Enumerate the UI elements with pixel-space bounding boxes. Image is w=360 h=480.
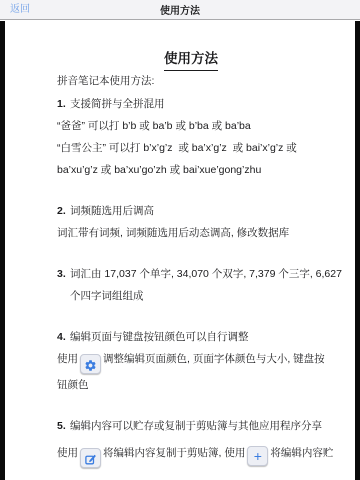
section-2: 2. 词频随选用后调高 词汇带有词频, 词频随选用后动态调高, 修改数据库	[57, 200, 317, 244]
item-heading-line: 个四字词组组成	[70, 285, 317, 307]
list-item-4: 4. 编辑页面与键盘按钮颜色可以自行调整	[57, 326, 317, 348]
item-number: 5.	[57, 415, 66, 437]
item-number: 3.	[57, 263, 66, 285]
text-before-icon: 使用	[57, 353, 78, 365]
body-line-with-icons: 使用将编辑内容复制于剪贴簿, 使用+将编辑内容贮	[57, 442, 317, 468]
app-screen: 返回 使用方法 使用方法 拼音笔记本使用方法: 1. 支援简拼与全拼混用 “爸爸…	[0, 0, 360, 480]
body-line: 钮颜色	[57, 374, 317, 396]
list-item-2: 2. 词频随选用后调高	[57, 200, 317, 222]
section-1: 1. 支援简拼与全拼混用 “爸爸” 可以打 b’b 或 ba’b 或 b’ba …	[57, 93, 317, 181]
item-heading-line: 词汇由 17,037 个单字, 34,070 个双字, 7,379 个三字, 6…	[70, 263, 317, 285]
item-number: 2.	[57, 200, 66, 222]
document-viewer[interactable]: 使用方法 拼音笔记本使用方法: 1. 支援简拼与全拼混用 “爸爸” 可以打 b’…	[0, 21, 360, 480]
text-after-icon: 将编辑内容贮	[270, 447, 333, 459]
document-page: 使用方法 拼音笔记本使用方法: 1. 支援简拼与全拼混用 “爸爸” 可以打 b’…	[5, 21, 355, 480]
document-title-wrap: 使用方法	[57, 48, 325, 70]
add-button[interactable]: +	[247, 446, 268, 466]
settings-button[interactable]	[80, 354, 101, 374]
list-item-1: 1. 支援简拼与全拼混用	[57, 93, 317, 115]
text-between-icons: 将编辑内容复制于剪贴簿, 使用	[103, 447, 245, 459]
pinyin-example-line: ba’xu’g’z 或 ba’xu’go’zh 或 bai’xue’gong’z…	[57, 159, 317, 181]
gear-icon	[84, 358, 97, 370]
back-button[interactable]: 返回	[10, 0, 30, 20]
body-line: 词汇带有词频, 词频随选用后动态调高, 修改数据库	[57, 222, 317, 244]
copy-button[interactable]	[80, 448, 101, 468]
item-heading: 编辑内容可以贮存或复制于剪贴簿与其他应用程序分享	[70, 420, 322, 432]
text-after-icon: 调整编辑页面颜色, 页面字体颜色与大小, 键盘按	[103, 353, 325, 365]
pinyin-example-line: “白雪公主” 可以打 b’x’g’z 或 ba’x’g’z 或 bai’x’g’…	[57, 137, 317, 159]
compose-icon	[84, 452, 97, 464]
pinyin-example-line: “爸爸” 可以打 b’b 或 ba’b 或 b’ba 或 ba’ba	[57, 115, 317, 137]
section-5: 5. 编辑内容可以贮存或复制于剪贴簿与其他应用程序分享 使用将编辑内容复制于剪贴…	[57, 415, 317, 468]
body-line-with-icon: 使用调整编辑页面颜色, 页面字体颜色与大小, 键盘按	[57, 348, 317, 374]
text-before-icon: 使用	[57, 447, 78, 459]
list-item-5: 5. 编辑内容可以贮存或复制于剪贴簿与其他应用程序分享	[57, 415, 317, 437]
list-item-3: 3. 词汇由 17,037 个单字, 34,070 个双字, 7,379 个三字…	[57, 263, 317, 307]
document-title: 使用方法	[164, 48, 218, 71]
item-heading: 编辑页面与键盘按钮颜色可以自行调整	[70, 331, 249, 343]
plus-icon: +	[254, 447, 262, 465]
item-heading: 词频随选用后调高	[70, 205, 154, 217]
nav-bar: 返回 使用方法	[0, 0, 360, 20]
item-number: 4.	[57, 326, 66, 348]
item-heading: 支援简拼与全拼混用	[70, 98, 165, 110]
nav-title: 使用方法	[160, 2, 200, 17]
intro-line: 拼音笔记本使用方法:	[57, 70, 317, 92]
item-number: 1.	[57, 93, 66, 115]
section-3: 3. 词汇由 17,037 个单字, 34,070 个双字, 7,379 个三字…	[57, 263, 317, 307]
section-4: 4. 编辑页面与键盘按钮颜色可以自行调整 使用调整编辑页面颜色, 页面字体颜色与…	[57, 326, 317, 396]
